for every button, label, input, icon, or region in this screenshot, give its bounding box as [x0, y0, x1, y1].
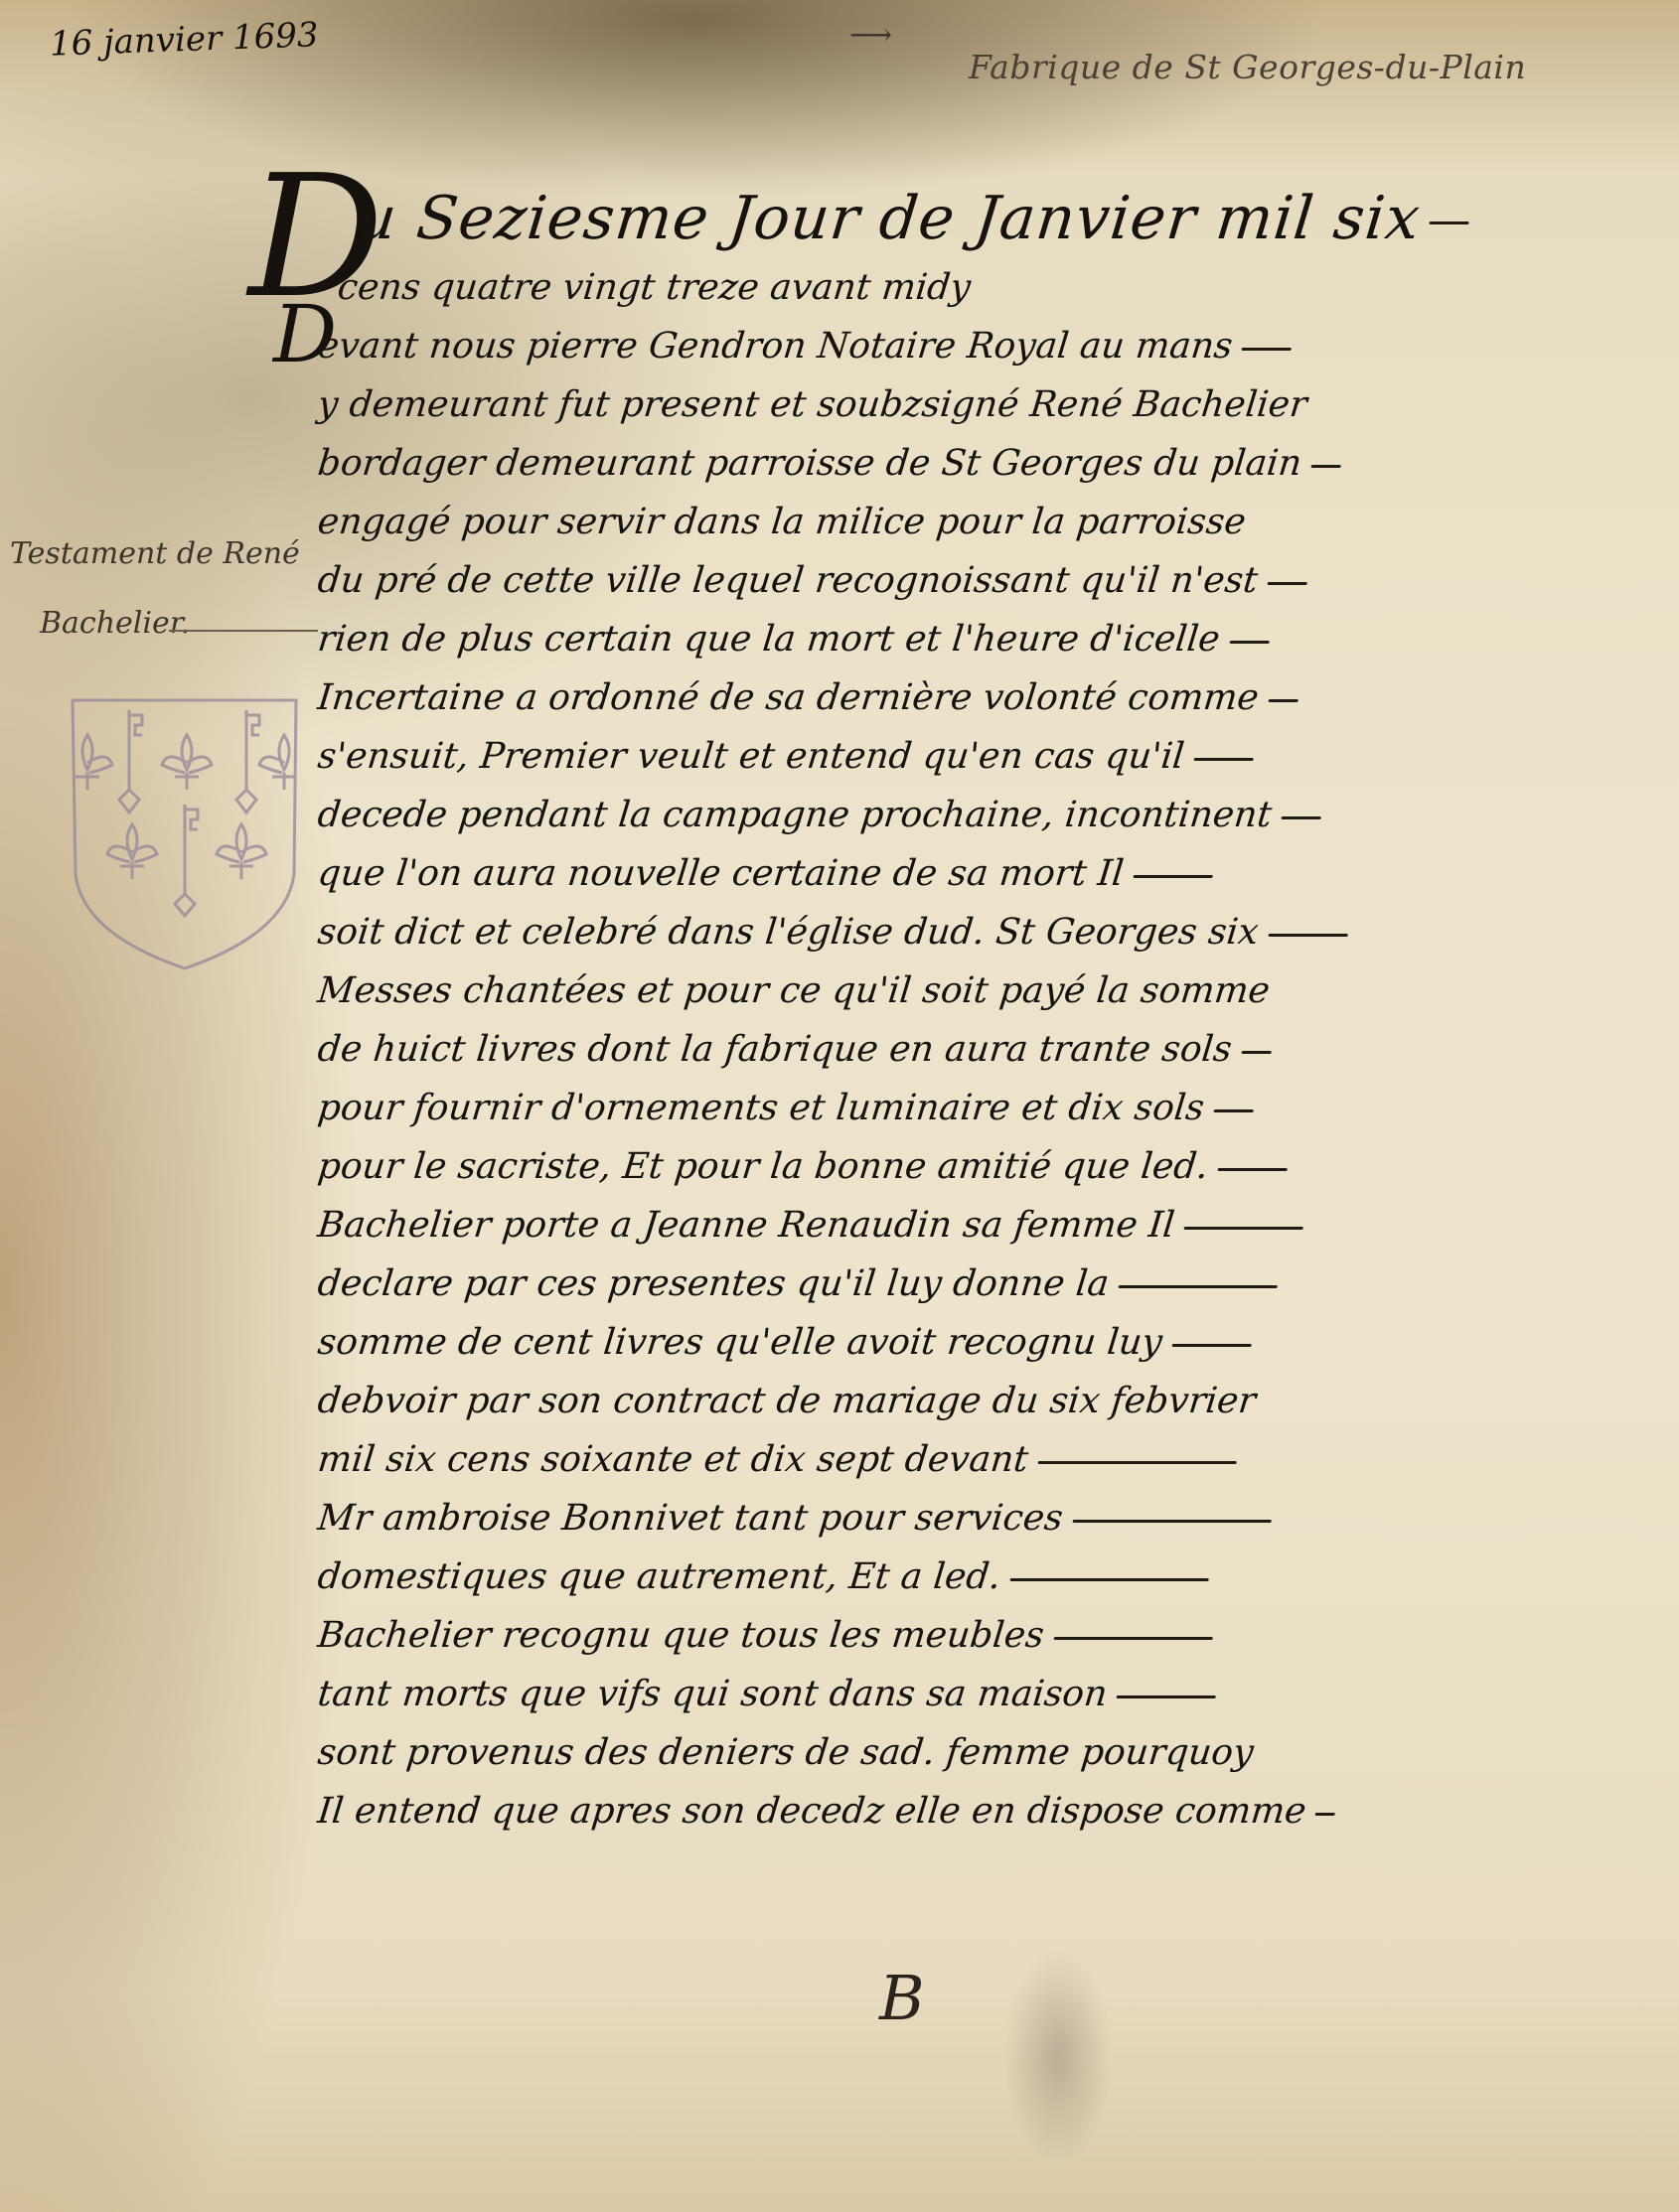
manuscript-line: Mr ambroise Bonnivet tant pour services: [315, 1489, 1642, 1548]
manuscript-line: s'ensuit, Premier veult et entend qu'en …: [315, 727, 1642, 786]
margin-note-title: Testament de René: [10, 536, 300, 571]
margin-note-name: Bachelier.: [40, 606, 190, 641]
manuscript-line: pour fournir d'ornements et luminaire et…: [315, 1079, 1642, 1137]
manuscript-line: pour le sacriste, Et pour la bonne amiti…: [315, 1137, 1642, 1196]
manuscript-line: que l'on aura nouvelle certaine de sa mo…: [315, 844, 1642, 903]
manuscript-line: mil six cens soixante et dix sept devant: [315, 1430, 1642, 1489]
manuscript-line: Bachelier recognu que tous les meubles: [315, 1606, 1642, 1665]
manuscript-line: soit dict et celebré dans l'église dud. …: [315, 903, 1642, 961]
manuscript-line: bordager demeurant parroisse de St Georg…: [315, 434, 1642, 493]
manuscript-line: de huict livres dont la fabrique en aura…: [315, 1020, 1642, 1079]
manuscript-line: sont provenus des deniers de sad. femme …: [315, 1723, 1642, 1782]
arrow-mark-icon: ⟶: [849, 18, 892, 53]
manuscript-line: evant nous pierre Gendron Notaire Royal …: [315, 317, 1642, 375]
manuscript-line: cens quatre vingt treze avant midy: [335, 258, 1642, 317]
manuscript-line: rien de plus certain que la mort et l'he…: [315, 610, 1642, 668]
manuscript-line: y demeurant fut present et soubzsigné Re…: [315, 375, 1642, 434]
manuscript-line: u Seziesme Jour de Janvier mil six: [354, 179, 1643, 258]
manuscript-line: debvoir par son contract de mariage du s…: [315, 1372, 1642, 1430]
manuscript-line: Bachelier porte a Jeanne Renaudin sa fem…: [315, 1196, 1642, 1254]
archive-label: Fabrique de St Georges-du-Plain: [969, 48, 1526, 86]
manuscript-line: engagé pour servir dans la milice pour l…: [315, 493, 1642, 551]
manuscript-line: Il entend que apres son decedz elle en d…: [315, 1782, 1642, 1841]
header-date: 16 janvier 1693: [49, 15, 319, 64]
signature-mark: B: [879, 1962, 925, 2034]
manuscript-page: 16 janvier 1693 ⟶ Fabrique de St Georges…: [0, 0, 1679, 2212]
manuscript-line: tant morts que vifs qui sont dans sa mai…: [315, 1665, 1642, 1723]
ink-smudge: [1003, 1947, 1113, 2165]
manuscript-line: Incertaine a ordonné de sa dernière volo…: [315, 668, 1642, 727]
manuscript-line: declare par ces presentes qu'il luy donn…: [315, 1254, 1642, 1313]
manuscript-body: u Seziesme Jour de Janvier mil six cens …: [318, 179, 1639, 1841]
coat-of-arms-icon: [68, 695, 301, 973]
manuscript-line: decede pendant la campagne prochaine, in…: [315, 786, 1642, 844]
manuscript-line: du pré de cette ville lequel recognoissa…: [315, 551, 1642, 610]
manuscript-line: somme de cent livres qu'elle avoit recog…: [315, 1313, 1642, 1372]
manuscript-line: Messes chantées et pour ce qu'il soit pa…: [315, 961, 1642, 1020]
manuscript-line: domestiques que autrement, Et a led.: [315, 1548, 1642, 1606]
